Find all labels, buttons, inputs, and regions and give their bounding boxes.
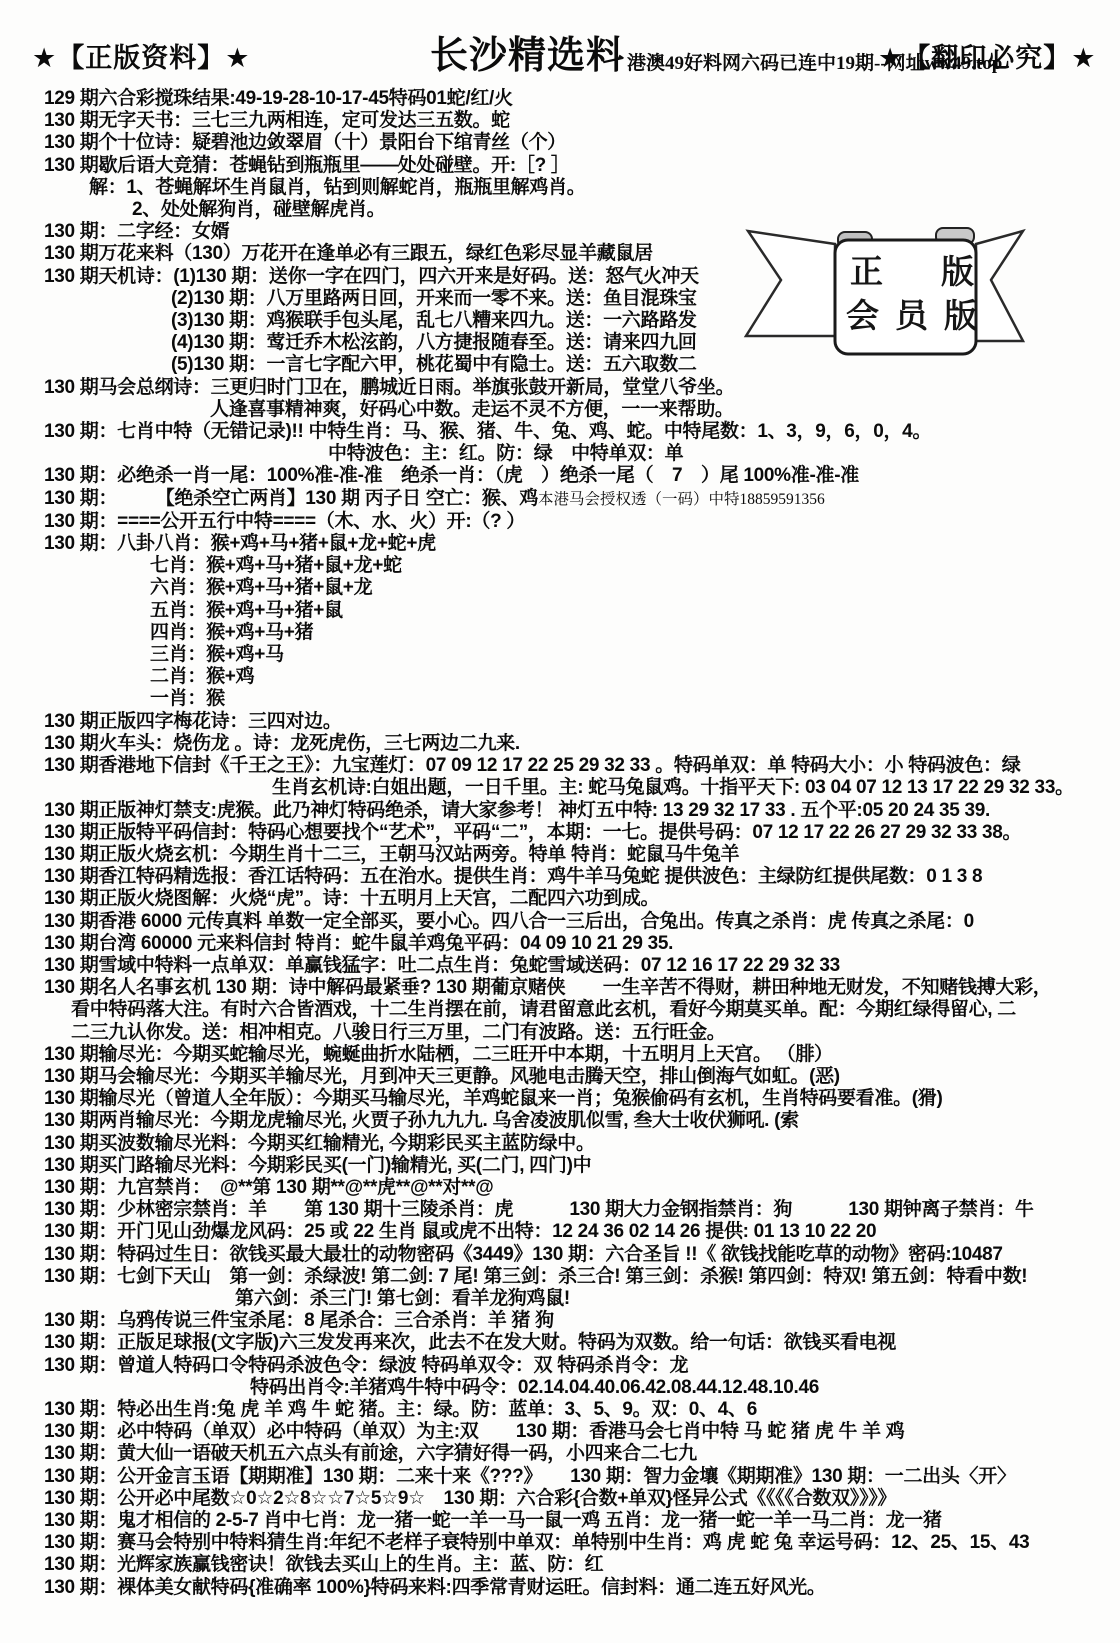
text-line: 130 期：裸体美女献特码{准确率 100%}特码来料:四季常青财运旺。信封料：… (44, 1577, 1120, 1599)
text-line: 看中特码落大注。有时六合皆酒戏，十二生肖摆在前，请君留意此玄机，看好今期莫买单。… (71, 999, 1120, 1021)
text-line: 130 期：少林密宗禁肖：羊 第 130 期十三陵杀肖：虎 130 期大力金钢指… (44, 1199, 1120, 1221)
text-segment-small: 本港马会授权透（一码）中特18859591356 (538, 491, 825, 508)
text-line: 129 期六合彩搅珠结果:49-19-28-10-17-45特码01蛇/红/火 (44, 88, 1120, 110)
text-line: 130 期：====公开五行中特====（木、水、火）开:（? ） (44, 511, 1120, 533)
text-line: 130 期香港地下信封《千王之王》：九宝莲灯：07 09 12 17 22 25… (44, 755, 1120, 777)
text-line: 七肖：猴+鸡+马+猪+鼠+龙+蛇 (150, 555, 1120, 577)
header-left-badge: ★【正版资料】★ (32, 36, 250, 75)
text-line: 130 期无字天书：三七三九两相连，定可发达三五数。蛇 (44, 110, 1120, 132)
text-line: 130 期正版火烧玄机：今期生肖十二三，王朝马汉站两旁。特单 特肖：蛇鼠马牛兔羊 (44, 844, 1120, 866)
text-line: 130 期：八卦八肖：猴+鸡+马+猪+鼠+龙+蛇+虎 (44, 533, 1120, 555)
text-line: 130 期输尽光：今期买蛇输尽光，蜿蜒曲折水陆栖，二三旺开中本期，十五明月上天宫… (44, 1044, 1120, 1066)
text-line: 130 期台湾 60000 元来料信封 特肖：蛇牛鼠羊鸡兔平码：04 09 10… (44, 933, 1120, 955)
text-line: 130 期香港 6000 元传真料 单数一定全部买，要小心。四八合一三后出，合兔… (44, 911, 1120, 933)
text-line: 130 期：正版足球报(文字版)六三发发再来次，此去不在发大财。特码为双数。给一… (44, 1332, 1120, 1354)
text-line: 130 期马会总纲诗：三更归时门卫在，鹏城近日雨。举旗张鼓开新局，堂堂八爷坐。 (44, 377, 1120, 399)
text-line: 130 期：七肖中特（无错记录)!! 中特生肖：马、猴、猪、牛、兔、鸡、蛇。中特… (44, 421, 1120, 443)
text-line: 130 期两肖输尽光：今期龙虎输尽光, 火贾子孙九九九. 乌舍凌波肌似雪, 叁大… (44, 1110, 1120, 1132)
text-line: 130 期：乌鸦传说三件宝杀尾：8 尾杀合：三合杀肖：羊 猪 狗 (44, 1310, 1120, 1332)
text-line: 人逢喜事精神爽，好码心中数。走运不灵不方便，一一来帮助。 (210, 399, 1120, 421)
text-line: 中特波色：主：红。防：绿 中特单双：单 (328, 443, 1120, 465)
text-line: 130 期火车头：烧伤龙 。诗：龙死虎伤，三七两边二九来. (44, 733, 1120, 755)
text-line: 130 期：赛马会特别中特料猜生肖:年纪不老样子衰特别中单双：单特别中生肖：鸡 … (44, 1532, 1120, 1554)
text-line: 特码出肖令:羊猪鸡牛特中码令：02.14.04.40.06.42.08.44.1… (250, 1377, 1120, 1399)
text-line: 第六剑：杀三门! 第七剑：看羊龙狗鸡鼠! (235, 1288, 1120, 1310)
text-line: 130 期雪域中特料一点单双：单赢钱猛字：吐二点生肖：兔蛇雪域送码：07 12 … (44, 955, 1120, 977)
text-line: 130 期正版特平码信封：特码心想要找个“艺术”，平码“二”，本期：一七。提供号… (44, 822, 1120, 844)
authentic-member-stamp: 正版 会员版 (738, 214, 1038, 364)
text-line: 二肖：猴+鸡 (150, 666, 1120, 688)
text-line: 130 期：公开必中尾数☆0☆2☆8☆☆7☆5☆9☆ 130 期：六合彩{合数+… (44, 1488, 1120, 1510)
text-line: 130 期：开门见山劲爆龙风码：25 或 22 生肖 鼠或虎不出特：12 24 … (44, 1221, 1120, 1243)
page-title: 长沙精选料 (430, 24, 625, 79)
text-line: 130 期正版四字梅花诗：三四对边。 (44, 711, 1120, 733)
text-line: 130 期个十位诗：疑碧池边敛翠眉（十）景阳台下绾青丝（个） (44, 132, 1120, 154)
text-line: 130 期：曾道人特码口令特码杀波色令：绿波 特码单双令：双 特码杀肖令：龙 (44, 1355, 1120, 1377)
text-line: 130 期：黄大仙一语破天机五六点头有前途，六字猜好得一码，小四来合二七九 (44, 1443, 1120, 1465)
text-line: 130 期买门路输尽光料：今期彩民买(一门)输精光, 买(二门, 四门)中 (44, 1155, 1120, 1177)
text-line: 130 期：九宫禁肖： @**第 130 期**@**虎**@**对**@ (44, 1177, 1120, 1199)
stamp-text: 正版 会员版 (842, 252, 974, 340)
text-line: 生肖玄机诗:白姐出题，一日千里。主: 蛇马兔鼠鸡。十指平天下: 03 04 07… (272, 777, 1120, 799)
text-line: 130 期香江特码精选报：香江话特码：五在治水。提供生肖：鸡牛羊马兔蛇 提供波色… (44, 866, 1120, 888)
text-line: 一肖：猴 (150, 688, 1120, 710)
text-line: 130 期歇后语大竞猜：苍蝇钻到瓶瓶里——处处碰壁。开:［? ］ (44, 155, 1120, 177)
text-line: 130 期：特必出生肖:兔 虎 羊 鸡 牛 蛇 猪。主：绿。防：蓝单：3、5、9… (44, 1399, 1120, 1421)
text-line: 五肖：猴+鸡+马+猪+鼠 (150, 600, 1120, 622)
text-line: 六肖：猴+鸡+马+猪+鼠+龙 (150, 577, 1120, 599)
text-line: 四肖：猴+鸡+马+猪 (150, 622, 1120, 644)
header-right-badge: ★【翻印必究】★ (878, 36, 1096, 75)
text-line: 130 期：光辉家族赢钱密诀！欲钱去买山上的生肖。主：蓝、防：红 (44, 1554, 1120, 1576)
stamp-line1: 正版 (842, 252, 974, 294)
text-line: 130 期买波数输尽光料：今期买红输精光, 今期彩民买主蓝防绿中。 (44, 1133, 1120, 1155)
tip-sheet-page: ★【正版资料】★ 长沙精选料 港澳49好料网六码已连中19期--网址ww49.t… (0, 0, 1120, 1643)
text-line: 130 期名人名事玄机 130 期：诗中解码最紧垂? 130 期葡京赌侠 一生辛… (44, 977, 1120, 999)
text-line: 130 期：【绝杀空亡两肖】130 期 丙子日 空亡：猴、鸡本港马会授权透（一码… (44, 488, 1120, 511)
text-line: 130 期输尽光（曾道人全年版）：今期买马输尽光，羊鸡蛇鼠来一肖；兔猴偷码有玄机… (44, 1088, 1120, 1110)
text-line: 130 期：公开金言玉语【期期准】130 期：二来十来《???》 130 期：智… (44, 1466, 1120, 1488)
text-line: 二三九认你发。送：相冲相克。八骏日行三万里，二门有波路。送：五行旺金。 (71, 1022, 1120, 1044)
text-line: 130 期：七剑下天山 第一剑：杀绿波! 第二剑: 7 尾! 第三剑：杀三合! … (44, 1266, 1120, 1288)
text-line: 三肖：猴+鸡+马 (150, 644, 1120, 666)
text-line: 130 期马会输尽光：今期买羊输尽光，月到冲天三更静。风驰电击腾天空，排山倒海气… (44, 1066, 1120, 1088)
text-line: 130 期：必绝杀一肖一尾：100%准-准-准 绝杀一肖：（虎 ）绝杀一尾（ 7… (44, 465, 1120, 487)
text-segment: 130 期： (44, 488, 117, 509)
text-line: 130 期：鬼才相信的 2-5-7 肖中七肖：龙一猪一蛇一羊一马一鼠一鸡 五肖：… (44, 1510, 1120, 1532)
text-line: 130 期：特码过生日：欲钱买最大最壮的动物密码《3449》130 期：六合圣旨… (44, 1244, 1120, 1266)
stamp-line2: 会员版 (842, 294, 974, 340)
text-line: 解：1、苍蝇解坏生肖鼠肖，钻到则解蛇肖，瓶瓶里解鸡肖。 (89, 177, 1120, 199)
text-line: 130 期：必中特码（单双）必中特码（单双）为主:双 130 期：香港马会七肖中… (44, 1421, 1120, 1443)
text-line: 130 期正版神灯禁支:虎猴。此乃神灯特码绝杀，请大家参考！ 神灯五中特: 13… (44, 800, 1120, 822)
text-line: 130 期正版火烧图解：火烧“虎”。诗：十五明月上天宫，二配四六功到成。 (44, 888, 1120, 910)
text-segment: 【绝杀空亡两肖】130 期 丙子日 空亡：猴、鸡 (165, 488, 538, 509)
